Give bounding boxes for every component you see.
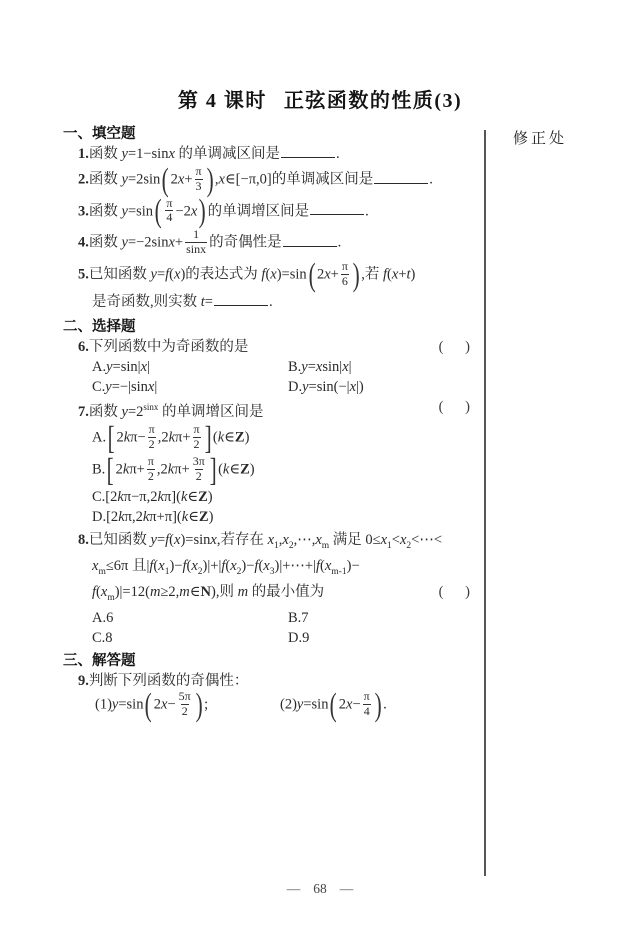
question-9: 9.判断下列函数的奇偶性： (78, 671, 477, 691)
footer-dash-left: — (287, 881, 301, 897)
answer-parens-q6: ( ) (439, 337, 470, 357)
option-6a: A.y=sin|x| (92, 357, 288, 377)
option-8b: B.7 (288, 608, 309, 628)
footer-page-number: 68 (313, 881, 327, 897)
question-8-line-1: 8.已知函数 y=f(x)=sinx,若存在 x1,x2,⋯,xm 满足 0≤x… (78, 530, 477, 556)
question-8-line-3: f(xm)|=12(m≥2,m∈N),则 m 的最小值为 ( ) (92, 582, 477, 608)
worksheet-page: { "page": { "title_part1": "第 4 课时", "ti… (0, 0, 640, 948)
margin-note-label: 修正处 (513, 127, 567, 148)
question-5-line-2: 是奇函数,则实数 t=. (92, 292, 477, 312)
question-6: 6.下列函数中为奇函数的是 ( ) (78, 337, 477, 357)
question-8-line-2: xm≤6π 且|f(x1)−f(x2)|+|f(x2)−f(x3)|+⋯+|f(… (92, 556, 477, 582)
page-footer: — 68 — (0, 881, 640, 897)
question-7: 7.函数 y=2sinx 的单调增区间是 ( ) (78, 397, 477, 422)
question-8-options-row-1: A.6 B.7 (92, 608, 477, 628)
content-column: 一、填空题 1.函数 y=1−sinx 的单调减区间是. 2.函数 y=2sin… (63, 124, 477, 720)
question-4: 4.函数 y=−2sinx+1sinx的奇偶性是. (78, 229, 477, 258)
question-8-line-3-text: f(xm)|=12(m≥2,m∈N),则 m 的最小值为 (92, 582, 324, 608)
question-7-text: 7.函数 y=2sinx 的单调增区间是 (78, 397, 264, 422)
question-7-option-c: C.[2kπ−π,2kπ](k∈Z) (92, 487, 477, 507)
question-6-text: 6.下列函数中为奇函数的是 (78, 337, 248, 357)
answer-parens-q8: ( ) (439, 582, 470, 608)
question-8-options-row-2: C.8 D.9 (92, 628, 477, 648)
page-title-lesson: 第 4 课时 (178, 90, 267, 112)
margin-divider-line (484, 130, 486, 876)
question-7-option-a: A.[2kπ−π2,2kπ+π2](k∈Z) (92, 424, 477, 453)
section-heading-fill-in-blanks: 一、填空题 (63, 124, 477, 144)
option-8d: D.9 (288, 628, 309, 648)
question-6-options-row-2: C.y=−|sinx| D.y=sin(−|x|) (92, 377, 477, 397)
option-6b: B.y=xsin|x| (288, 357, 352, 377)
option-8c: C.8 (92, 628, 288, 648)
question-7-option-b: B.[2kπ+π2,2kπ+3π2](k∈Z) (92, 456, 477, 485)
question-9-part-1: (1)y=sin(2x−5π2); (95, 691, 280, 720)
section-heading-multiple-choice: 二、选择题 (63, 317, 477, 337)
section-heading-free-response: 三、解答题 (63, 651, 477, 671)
option-8a: A.6 (92, 608, 288, 628)
question-5-line-1: 5.已知函数 y=f(x)的表达式为 f(x)=sin(2x+π6),若 f(x… (78, 261, 477, 290)
question-1: 1.函数 y=1−sinx 的单调减区间是. (78, 144, 477, 164)
option-6d: D.y=sin(−|x|) (288, 377, 364, 397)
answer-parens-q7: ( ) (439, 397, 470, 422)
page-title: 第 4 课时正弦函数的性质(3) (0, 84, 640, 113)
option-6c: C.y=−|sinx| (92, 377, 288, 397)
question-2: 2.函数 y=2sin(2x+π3),x∈[−π,0]的单调减区间是. (78, 166, 477, 195)
question-6-options-row-1: A.y=sin|x| B.y=xsin|x| (92, 357, 477, 377)
footer-dash-right: — (340, 881, 354, 897)
question-9-parts: (1)y=sin(2x−5π2); (2)y=sin(2x−π4). (95, 691, 477, 720)
question-3: 3.函数 y=sin(π4−2x)的单调增区间是. (78, 198, 477, 227)
question-7-option-d: D.[2kπ,2kπ+π](k∈Z) (92, 507, 477, 527)
question-9-part-2: (2)y=sin(2x−π4). (280, 691, 387, 720)
page-title-topic: 正弦函数的性质(3) (284, 90, 462, 112)
